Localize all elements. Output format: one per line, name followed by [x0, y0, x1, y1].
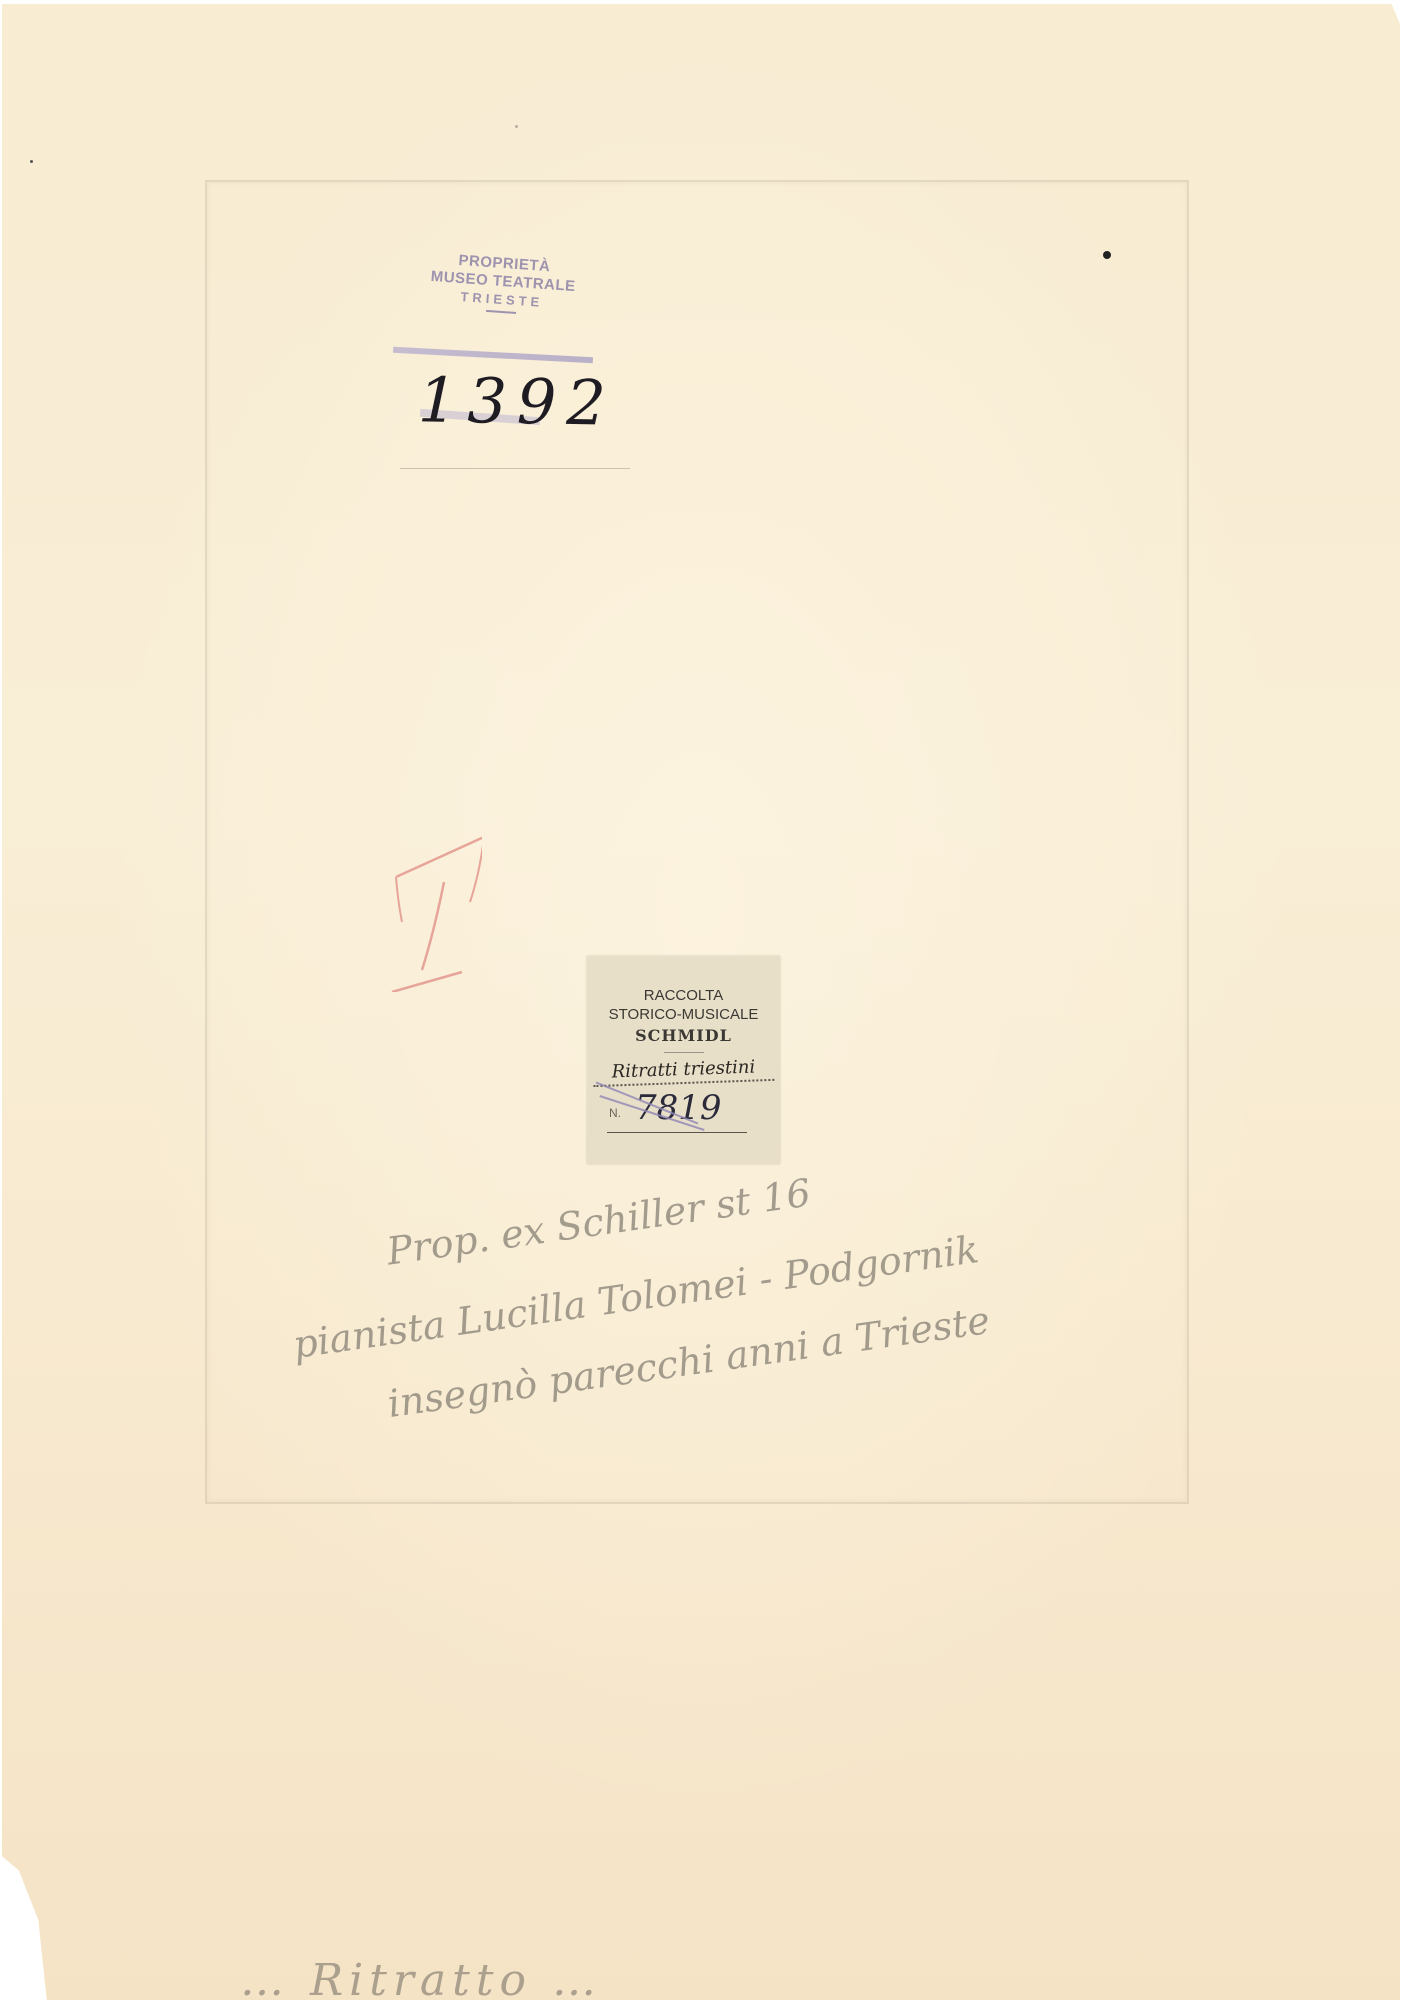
speck [515, 125, 518, 128]
inventory-underline [400, 468, 630, 469]
inventory-number: 1392 [417, 363, 616, 439]
bottom-pencil-note: … Ritratto … [240, 1955, 1340, 2000]
label-separator [664, 1052, 704, 1053]
label-number-prefix: N. [609, 1106, 621, 1120]
label-category: Ritratti triestini [593, 1056, 775, 1087]
label-line-2: STORICO-MUSICALE [587, 1005, 780, 1024]
label-line-3: SCHMIDL [587, 1024, 780, 1048]
ink-dot [1103, 251, 1111, 259]
label-line-1: RACCOLTA [587, 986, 780, 1005]
collection-label: RACCOLTA STORICO-MUSICALE SCHMIDL Ritrat… [587, 956, 780, 1164]
museum-stamp: PROPRIETÀ MUSEO TEATRALE TRIESTE [416, 249, 590, 319]
red-pencil-mark-icon [372, 822, 482, 992]
speck [30, 160, 33, 163]
label-number-row: N. 7819 [587, 1084, 780, 1144]
label-number-line [607, 1132, 747, 1133]
